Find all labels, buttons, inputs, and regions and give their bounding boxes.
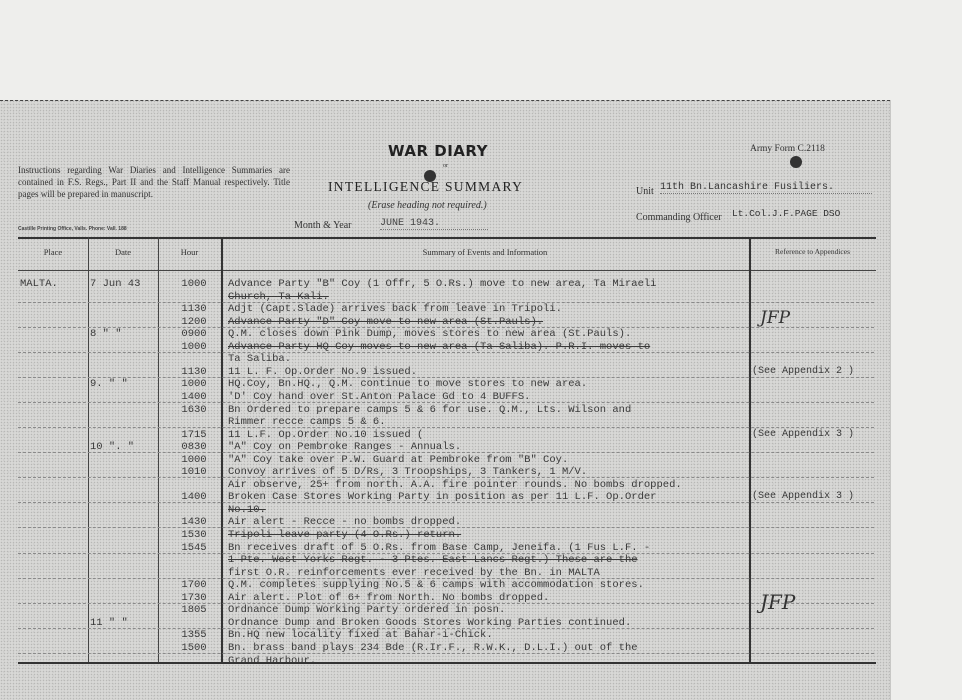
document-subtitle: INTELLIGENCE SUMMARY <box>328 179 523 195</box>
hour-cell: 1715 <box>170 429 218 441</box>
unit-value: 11th Bn.Lancashire Fusiliers. <box>660 182 872 194</box>
header-bottom-rule <box>18 270 876 271</box>
printer-imprint: Castille Printing Office, Valls. Phone: … <box>18 226 127 232</box>
hour-cell: 1355 <box>170 629 218 641</box>
summary-cell: Q.M. completes supplying No.5 & 6 camps … <box>228 579 644 591</box>
summary-cell: HQ.Coy, Bn.HQ., Q.M. continue to move st… <box>228 378 587 390</box>
summary-cell: Bn.HQ new locality fixed at Bahar-i-Chic… <box>228 629 493 641</box>
punch-hole-icon <box>790 156 802 168</box>
summary-cell: Tripoli leave party (4 O.Rs.) return. <box>228 529 461 541</box>
summary-cell: Advance Party "B" Coy (1 Offr, 5 O.Rs.) … <box>228 278 656 290</box>
hour-cell: 1805 <box>170 604 218 616</box>
war-diary-page: Instructions regarding War Diaries and I… <box>0 100 891 700</box>
hour-cell: 1700 <box>170 579 218 591</box>
summary-cell: Bn Ordered to prepare camps 5 & 6 for us… <box>228 404 631 416</box>
summary-cell: 1 Pte. West Yorks Regt. - 3 Ptes. East L… <box>228 554 638 566</box>
table-row: 1000"A" Coy take over P.W. Guard at Pemb… <box>0 454 890 466</box>
hour-cell: 1000 <box>170 454 218 466</box>
table-bottom-rule <box>18 662 876 664</box>
table-row: 1355Bn.HQ new locality fixed at Bahar-i-… <box>0 629 890 641</box>
table-top-rule <box>18 237 876 239</box>
column-header-date: Date <box>88 247 158 257</box>
summary-cell: Ordnance Dump Working Party ordered in p… <box>228 604 505 616</box>
page-top-edge <box>0 100 890 103</box>
column-header-hour: Hour <box>158 247 221 257</box>
table-row: Air observe, 25+ from north. A.A. fire p… <box>0 479 890 491</box>
hour-cell: 1130 <box>170 303 218 315</box>
form-number: Army Form C.2118 <box>750 144 825 154</box>
signature-initials: JFP <box>760 590 795 614</box>
date-cell: 7 Jun 43 <box>90 278 140 290</box>
commanding-officer-value: Lt.Col.J.F.PAGE DSO <box>732 208 840 219</box>
document-title: WAR DIARY <box>388 142 488 160</box>
column-header-place: Place <box>18 247 88 257</box>
table-row: 171511 L.F. Op.Order No.10 issued ((See … <box>0 429 890 441</box>
month-year-value: JUNE 1943. <box>380 218 488 230</box>
column-header-summary: Summary of Events and Information <box>221 247 749 257</box>
commanding-officer-label: Commanding Officer <box>636 212 722 223</box>
table-row: 9. " "1000HQ.Coy, Bn.HQ., Q.M. continue … <box>0 378 890 390</box>
summary-cell: Air observe, 25+ from north. A.A. fire p… <box>228 479 682 491</box>
reference-cell: (See Appendix 3 ) <box>752 429 854 441</box>
unit-label: Unit <box>636 186 654 197</box>
table-row: 1805Ordnance Dump Working Party ordered … <box>0 604 890 616</box>
table-row: 1530Tripoli leave party (4 O.Rs.) return… <box>0 529 890 541</box>
table-row: 1630Bn Ordered to prepare camps 5 & 6 fo… <box>0 404 890 416</box>
signature-initials: JFP <box>760 308 790 328</box>
date-cell: 9. " " <box>90 378 128 390</box>
hour-cell: 0900 <box>170 328 218 340</box>
summary-cell: No.10. <box>228 504 266 516</box>
table-row: MALTA.7 Jun 431000Advance Party "B" Coy … <box>0 278 890 290</box>
table-row: Grand Harbour. <box>0 655 890 667</box>
month-year-label: Month & Year <box>294 220 352 231</box>
hour-cell: 1530 <box>170 529 218 541</box>
column-header-reference: Reference to Appendices <box>749 247 876 256</box>
summary-cell: 11 L.F. Op.Order No.10 issued ( <box>228 429 423 441</box>
table-row: 8 " "0900Q.M. closes down Pink Dump, mov… <box>0 328 890 340</box>
table-row: 1700Q.M. completes supplying No.5 & 6 ca… <box>0 579 890 591</box>
erase-note: (Erase heading not required.) <box>368 200 487 211</box>
table-row: 1 Pte. West Yorks Regt. - 3 Ptes. East L… <box>0 554 890 566</box>
table-row: Ta Saliba. <box>0 353 890 365</box>
instructions-text: Instructions regarding War Diaries and I… <box>18 164 290 200</box>
hour-cell: 1000 <box>170 278 218 290</box>
hour-cell: 1000 <box>170 378 218 390</box>
title-or: or <box>443 163 448 169</box>
table-row: 1130Adjt (Capt.Slade) arrives back from … <box>0 303 890 315</box>
summary-cell: Grand Harbour. <box>228 655 316 667</box>
hour-cell: 1630 <box>170 404 218 416</box>
table-row: No.10. <box>0 504 890 516</box>
summary-cell: "A" Coy take over P.W. Guard at Pembroke… <box>228 454 568 466</box>
summary-cell: Ta Saliba. <box>228 353 291 365</box>
date-cell: 8 " " <box>90 328 122 340</box>
place-cell: MALTA. <box>20 278 58 290</box>
summary-cell: Adjt (Capt.Slade) arrives back from leav… <box>228 303 562 315</box>
summary-cell: Q.M. closes down Pink Dump, moves stores… <box>228 328 631 340</box>
